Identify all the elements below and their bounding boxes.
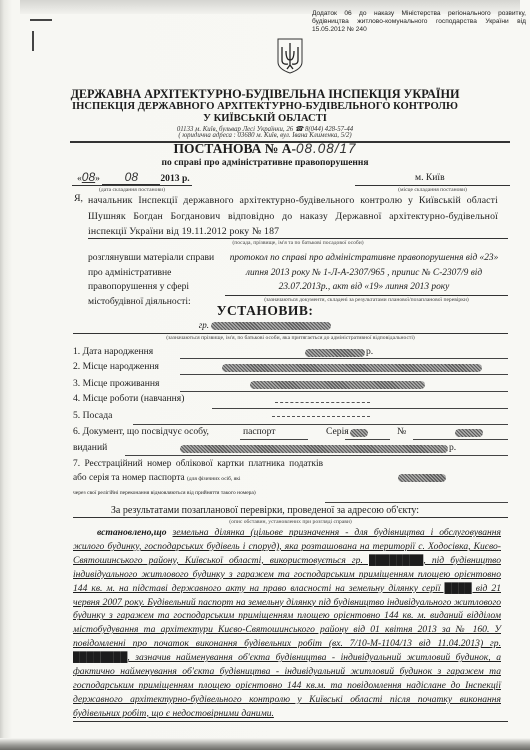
series-label: Серія (326, 426, 349, 437)
official-prefix: Я, (74, 193, 83, 204)
redacted-residence (250, 381, 425, 389)
inspection-description: встановлено,що земельна ділянка (цільове… (73, 526, 501, 721)
residence-line (180, 391, 508, 392)
residence-label: 3. Місце проживання (73, 378, 159, 389)
annex-note: Додаток 06 до наказу Міністерства регіон… (312, 10, 526, 34)
birth-date-line (180, 358, 508, 359)
workplace-line (212, 408, 508, 409)
org-title: ДЕРЖАВНА АРХІТЕКТУРНО-БУДІВЕЛЬНА ІНСПЕКЦ… (0, 87, 530, 102)
redacted-series (350, 429, 368, 437)
redacted-doc-number (455, 429, 483, 437)
org-subtitle: ІНСПЕКЦІЯ ДЕРЖАВНОГО АРХІТЕКТУРНО-БУДІВЕ… (0, 101, 530, 112)
resolution-subtitle: по справі про адміністративне правопоруш… (0, 158, 530, 168)
document-type-line (240, 439, 308, 440)
document-label: 6. Документ, що посвідчує особу, (73, 426, 209, 437)
position-line (133, 424, 508, 425)
person-prefix: гр. (199, 320, 209, 330)
document-type: паспорт (243, 426, 275, 437)
org-legal-address: ( юридична адреса : 03680 м. Київ, вул. … (0, 132, 530, 139)
official-caption: (посада, прізвище, ім'я та по батькові п… (88, 240, 508, 246)
position-label: 5. Посада (73, 410, 112, 421)
issued-label: виданий (73, 442, 107, 453)
tax-note-continued: через свої релігійні переконання відмовл… (73, 486, 323, 500)
resolution-place: м. Київ (415, 172, 445, 183)
resolution-title-prefix: ПОСТАНОВА № А- (173, 141, 295, 156)
date-underline (72, 185, 192, 186)
document-page: Додаток 06 до наказу Міністерства регіон… (0, 0, 530, 750)
tax-note: (для фізичних осіб, які (187, 476, 240, 482)
scan-mark (30, 19, 52, 21)
official-statement: начальник Інспекції державного архітекту… (88, 193, 498, 240)
official-underline (88, 238, 508, 239)
workplace-dashes (275, 402, 370, 403)
description-lead: встановлено,що (73, 527, 167, 538)
redacted-birth-place (222, 364, 482, 372)
issued-line (125, 455, 508, 456)
resolution-date: «08» 082013 р. (77, 170, 190, 185)
inspection-underline (73, 517, 508, 518)
position-dashes (272, 416, 370, 417)
number-line (413, 439, 508, 440)
inspection-heading: За результатами позапланової перевірки, … (0, 505, 530, 516)
date-day: 08 (82, 170, 95, 184)
workplace-label: 4. Місце роботи (навчання) (73, 393, 184, 404)
birth-date-suffix: р. (366, 346, 373, 357)
materials-documents: протокол по справі про адміністративне п… (225, 251, 503, 295)
quote: » (95, 173, 100, 184)
tax-line (325, 502, 508, 503)
series-line (345, 439, 390, 440)
redacted-person-name (211, 322, 331, 330)
person-caption: (зазначаються прізвище, ім'я, по батьков… (73, 335, 508, 341)
redacted-issued-by (180, 445, 448, 453)
birth-place-line (180, 374, 508, 375)
resolution-title: ПОСТАНОВА № А-08.08/17 (0, 141, 530, 157)
person-underline (73, 333, 508, 334)
scan-mark (32, 31, 34, 51)
trident-emblem-icon (277, 38, 303, 74)
org-region: У КИЇВСЬКІЙ ОБЛАСТІ (0, 113, 530, 124)
issued-suffix: р. (449, 442, 456, 453)
redacted-tax-number (398, 474, 446, 482)
materials-label: розглянувши матеріали справи про адмініс… (88, 251, 218, 309)
birth-date-label: 1. Дата народження (73, 346, 153, 357)
resolution-number: 08.08/17 (296, 141, 357, 156)
description-end-line (73, 721, 508, 722)
redacted-birth-date (305, 349, 365, 357)
number-label: № (397, 426, 406, 437)
person-line: гр. (0, 320, 530, 330)
scan-shadow-bottom (0, 738, 530, 750)
date-month: 08 (102, 170, 160, 185)
date-year: 2013 р. (160, 173, 189, 184)
tax-number-label: 7. Реєстраційний номер облікової картки … (73, 457, 323, 500)
inspection-caption: (опис обставин, установлених при розгляд… (73, 519, 508, 525)
birth-place-label: 2. Місце народження (73, 361, 159, 372)
description-text: земельна ділянка (цільове призначення - … (73, 527, 501, 719)
place-underline (355, 185, 510, 186)
established-heading: УСТАНОВИВ: (0, 303, 530, 319)
materials-underline (225, 295, 508, 296)
